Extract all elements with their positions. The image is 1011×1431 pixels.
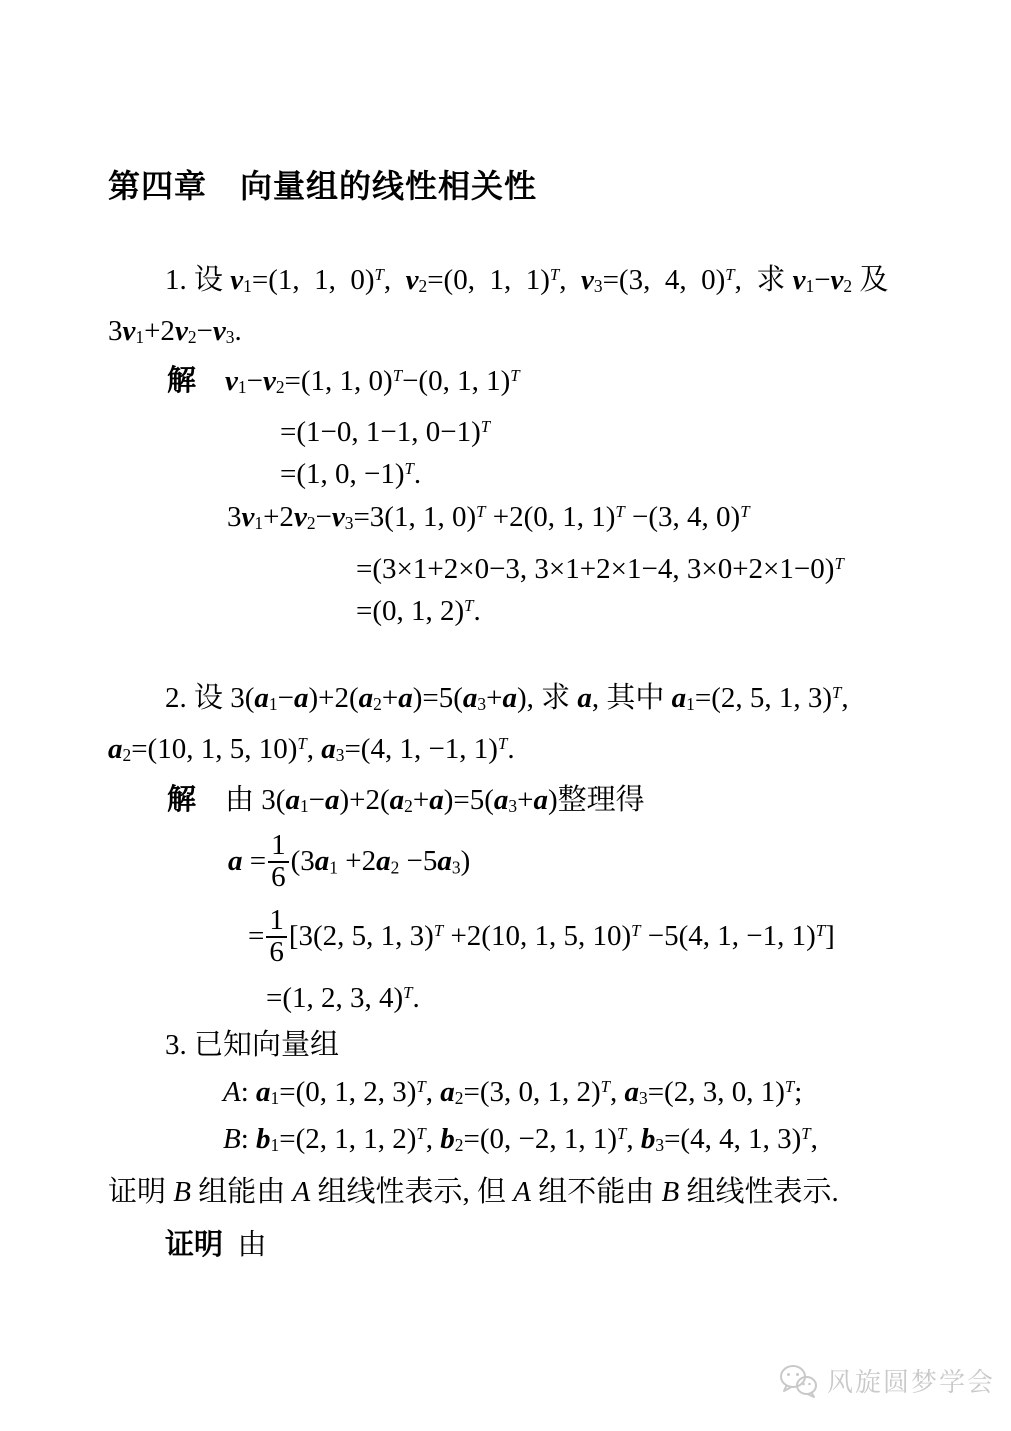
problem1-solution-line1: 解 v1−v2=(1, 1, 0)T−(0, 1, 1)T bbox=[167, 363, 520, 399]
problem2-statement-line2: a2=(10, 1, 5, 10)T, a3=(4, 1, −1, 1)T. bbox=[108, 731, 515, 767]
problem1-solution-line3: =(1, 0, −1)T. bbox=[280, 456, 421, 492]
problem3-proof-start: 证明 由 bbox=[165, 1227, 267, 1263]
problem3-vector-group-a: A: a1=(0, 1, 2, 3)T, a2=(3, 0, 1, 2)T, a… bbox=[223, 1074, 802, 1110]
problem3-statement-line4: 证明 B 组能由 A 组线性表示, 但 A 组不能由 B 组线性表示. bbox=[108, 1174, 839, 1210]
problem2-solution-line2: a =16(3a1 +2a2 −5a3) bbox=[228, 834, 470, 893]
wechat-icon bbox=[778, 1363, 818, 1399]
problem2-solution-line4: =(1, 2, 3, 4)T. bbox=[266, 980, 420, 1016]
chapter-title: 第四章 向量组的线性相关性 bbox=[108, 166, 537, 206]
watermark-brand-text: 风旋圆梦学会 bbox=[827, 1362, 995, 1399]
problem1-statement-line1: 1. 设 v1=(1, 1, 0)T, v2=(0, 1, 1)T, v3=(3… bbox=[165, 262, 888, 298]
problem2-solution-line3: =16[3(2, 5, 1, 3)T +2(10, 1, 5, 10)T −5(… bbox=[248, 909, 835, 968]
problem3-vector-group-b: B: b1=(2, 1, 1, 2)T, b2=(0, −2, 1, 1)T, … bbox=[223, 1121, 818, 1157]
watermark: 风旋圆梦学会 bbox=[778, 1362, 995, 1399]
problem1-solution-line4: 3v1+2v2−v3=3(1, 1, 0)T +2(0, 1, 1)T −(3,… bbox=[227, 499, 750, 535]
problem2-solution-line1: 解 由 3(a1−a)+2(a2+a)=5(a3+a)整理得 bbox=[167, 782, 645, 818]
problem1-solution-line5: =(3×1+2×0−3, 3×1+2×1−4, 3×0+2×1−0)T bbox=[356, 551, 844, 587]
problem1-statement-line2: 3v1+2v2−v3. bbox=[108, 313, 242, 349]
problem2-statement-line1: 2. 设 3(a1−a)+2(a2+a)=5(a3+a), 求 a, 其中 a1… bbox=[165, 680, 849, 716]
problem1-solution-line6: =(0, 1, 2)T. bbox=[356, 593, 481, 629]
document-page: 第四章 向量组的线性相关性 1. 设 v1=(1, 1, 0)T, v2=(0,… bbox=[0, 0, 1011, 1431]
problem3-statement-line1: 3. 已知向量组 bbox=[165, 1027, 339, 1063]
problem1-solution-line2: =(1−0, 1−1, 0−1)T bbox=[280, 414, 490, 450]
